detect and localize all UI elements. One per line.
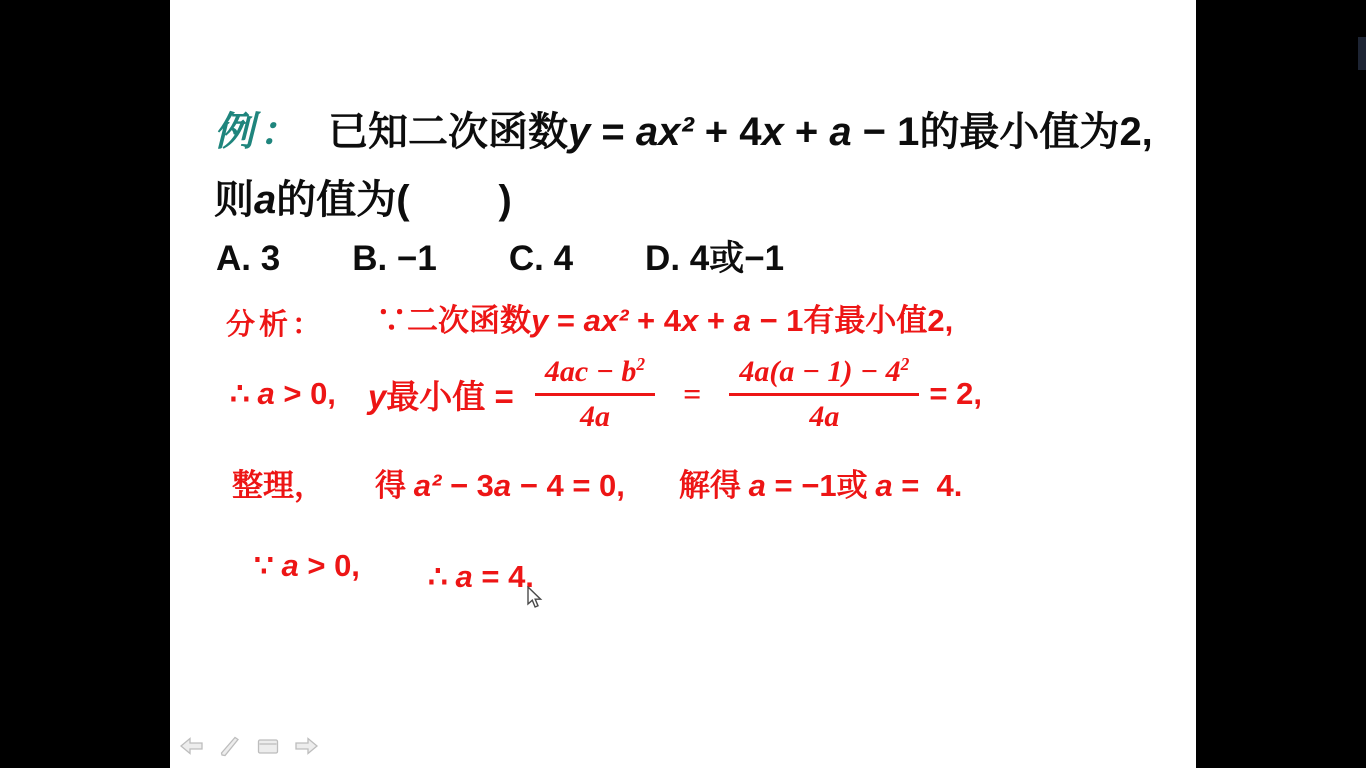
text-run: 得: [375, 468, 414, 503]
text-run: =: [485, 378, 523, 415]
text-run: A. 3: [216, 239, 280, 278]
numerator-exponent: 2: [636, 354, 645, 374]
minimum-value-formula-row: ∴ a > 0, y最小值 = 4ac − b2 4a = 4a(a − 1) …: [230, 342, 982, 446]
text-run: 则: [214, 177, 254, 222]
letterbox-left: [0, 0, 170, 768]
text-run: 例：: [214, 109, 304, 154]
fraction-numerator: 4a(a − 1) − 42: [729, 354, 919, 395]
text-run: +: [698, 303, 733, 338]
text-run: y: [368, 378, 386, 415]
text-run: C. 4: [509, 239, 573, 278]
problem-statement-line1: 例：已知二次函数y = ax² + 4x + a − 1的最小值为2,: [214, 100, 1153, 157]
text-run: x: [762, 110, 784, 154]
text-run: y: [568, 110, 590, 154]
text-run: =: [590, 110, 636, 154]
text-run: a: [455, 559, 472, 594]
text-run: > 0,: [299, 548, 360, 583]
fraction-numerator: 4ac − b2: [535, 354, 655, 395]
text-run: − 1: [852, 110, 920, 154]
text-run: 有最小值: [803, 303, 927, 338]
text-run: − 1: [751, 303, 804, 338]
answer-options: A. 3B. −1C. 4D. 4或−1: [216, 231, 856, 281]
formula-lhs: y最小值 =: [368, 371, 523, 418]
text-run: ax²: [636, 110, 694, 154]
text-run: ∴: [428, 559, 455, 594]
simplify-line: 整理， 得 a² − 3a − 4 = 0, 解得 a = −1或 a = 4.: [232, 460, 962, 505]
fraction-denominator: 4a: [580, 396, 610, 434]
text-run: 的值为: [276, 177, 396, 222]
fraction-substituted: 4a(a − 1) − 42 4a: [729, 354, 919, 434]
text-run: ax²: [584, 303, 629, 338]
text-run: a: [494, 468, 511, 503]
text-run: 2,: [1119, 110, 1152, 154]
presenter-nav-toolbar: [178, 735, 320, 758]
numerator-exponent: 2: [901, 354, 910, 374]
fraction-denominator: 4a: [809, 396, 839, 434]
text-run: 2,: [927, 303, 953, 338]
formula-result: = 2,: [929, 376, 982, 412]
pen-tool-button[interactable]: [216, 735, 244, 758]
simplify-label: 整理，: [232, 460, 325, 505]
analysis-label: 分析：: [226, 302, 325, 343]
text-run: = 4.: [893, 468, 963, 503]
presentation-screen: 例：已知二次函数y = ax² + 4x + a − 1的最小值为2, 则a的值…: [0, 0, 1366, 768]
text-run: a: [281, 548, 298, 583]
previous-slide-button[interactable]: [178, 735, 206, 758]
text-run: ( ): [396, 178, 512, 222]
text-run: 最小值: [386, 380, 485, 416]
text-run: B. −1: [352, 239, 437, 278]
next-slide-button[interactable]: [292, 735, 320, 758]
text-run: =: [548, 303, 583, 338]
scrollbar-thumb[interactable]: [1358, 37, 1366, 70]
text-run: = −1: [766, 468, 837, 503]
numerator-base: 4a(a − 1) − 4: [739, 355, 900, 388]
slide-menu-button[interactable]: [254, 735, 282, 758]
premise-a-positive: ∴ a > 0,: [230, 376, 336, 412]
problem-statement-line2: 则a的值为( ): [214, 168, 512, 225]
text-run: + 4: [628, 303, 681, 338]
letterbox-right: [1196, 0, 1366, 768]
text-run: a²: [414, 468, 442, 503]
text-run: ∵: [254, 548, 281, 583]
text-run: 已知二次函数: [328, 109, 568, 154]
analysis-line1: ∵二次函数y = ax² + 4x + a − 1有最小值2,: [376, 295, 953, 340]
text-run: D. 4或−1: [645, 239, 784, 278]
equals-sign: =: [683, 376, 701, 413]
text-run: 的最小值为: [919, 109, 1119, 154]
fraction-general-formula: 4ac − b2 4a: [535, 354, 655, 434]
text-run: 整理，: [232, 468, 325, 503]
text-run: 解得: [679, 468, 749, 503]
text-run: a: [254, 178, 276, 222]
text-run: − 3: [441, 468, 494, 503]
simplified-equation: 得 a² − 3a − 4 = 0,: [375, 460, 625, 505]
text-run: a: [734, 303, 751, 338]
numerator-base: 4ac − b: [545, 355, 637, 388]
conclusion-premise: ∵ a > 0,: [254, 548, 360, 584]
text-run: a: [829, 110, 851, 154]
solve-result: 解得 a = −1或 a = 4.: [679, 460, 962, 505]
presentation-slide: 例：已知二次函数y = ax² + 4x + a − 1的最小值为2, 则a的值…: [170, 0, 1196, 768]
text-run: +: [784, 110, 830, 154]
text-run: x: [681, 303, 698, 338]
text-run: = 4.: [473, 559, 534, 594]
text-run: a: [749, 468, 766, 503]
text-run: + 4: [694, 110, 762, 154]
text-run: a: [257, 376, 274, 411]
text-run: > 0,: [275, 376, 336, 411]
text-run: 或: [837, 468, 876, 503]
text-run: a: [875, 468, 892, 503]
text-run: ∵二次函数: [376, 303, 531, 338]
conclusion-result: ∴ a = 4.: [428, 559, 534, 595]
text-run: y: [531, 303, 548, 338]
text-run: − 4 = 0,: [511, 468, 625, 503]
text-run: ∴: [230, 376, 257, 411]
